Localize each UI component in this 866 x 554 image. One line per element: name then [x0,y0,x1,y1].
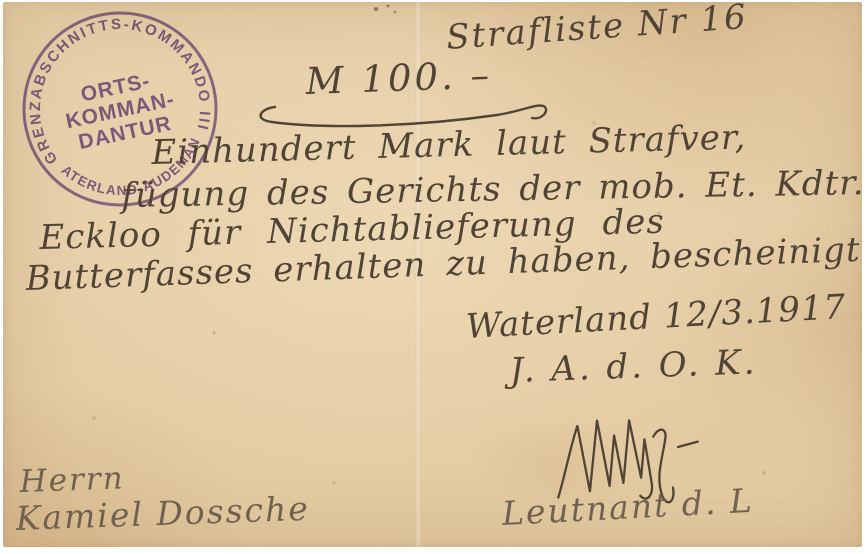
order-abbreviation: J. A. d. O. K. [509,342,758,391]
place-date-line: Waterland 12/3.1917 [465,287,847,347]
amount: M 100. – [305,53,493,102]
paper: GRENZABSCHNITTS-KOMMANDO III WATERLAND-A… [3,2,862,547]
body-line-1: Einhundert Mark laut Strafver, [151,117,747,173]
paper-speckles [3,2,5,4]
receipt-number: Strafliste Nr 16 [445,0,749,58]
signer-rank: Leutnant d. L [501,481,755,533]
recipient-salutation: Herrn [19,460,125,500]
scanned-receipt: GRENZABSCHNITTS-KOMMANDO III WATERLAND-A… [0,0,866,554]
